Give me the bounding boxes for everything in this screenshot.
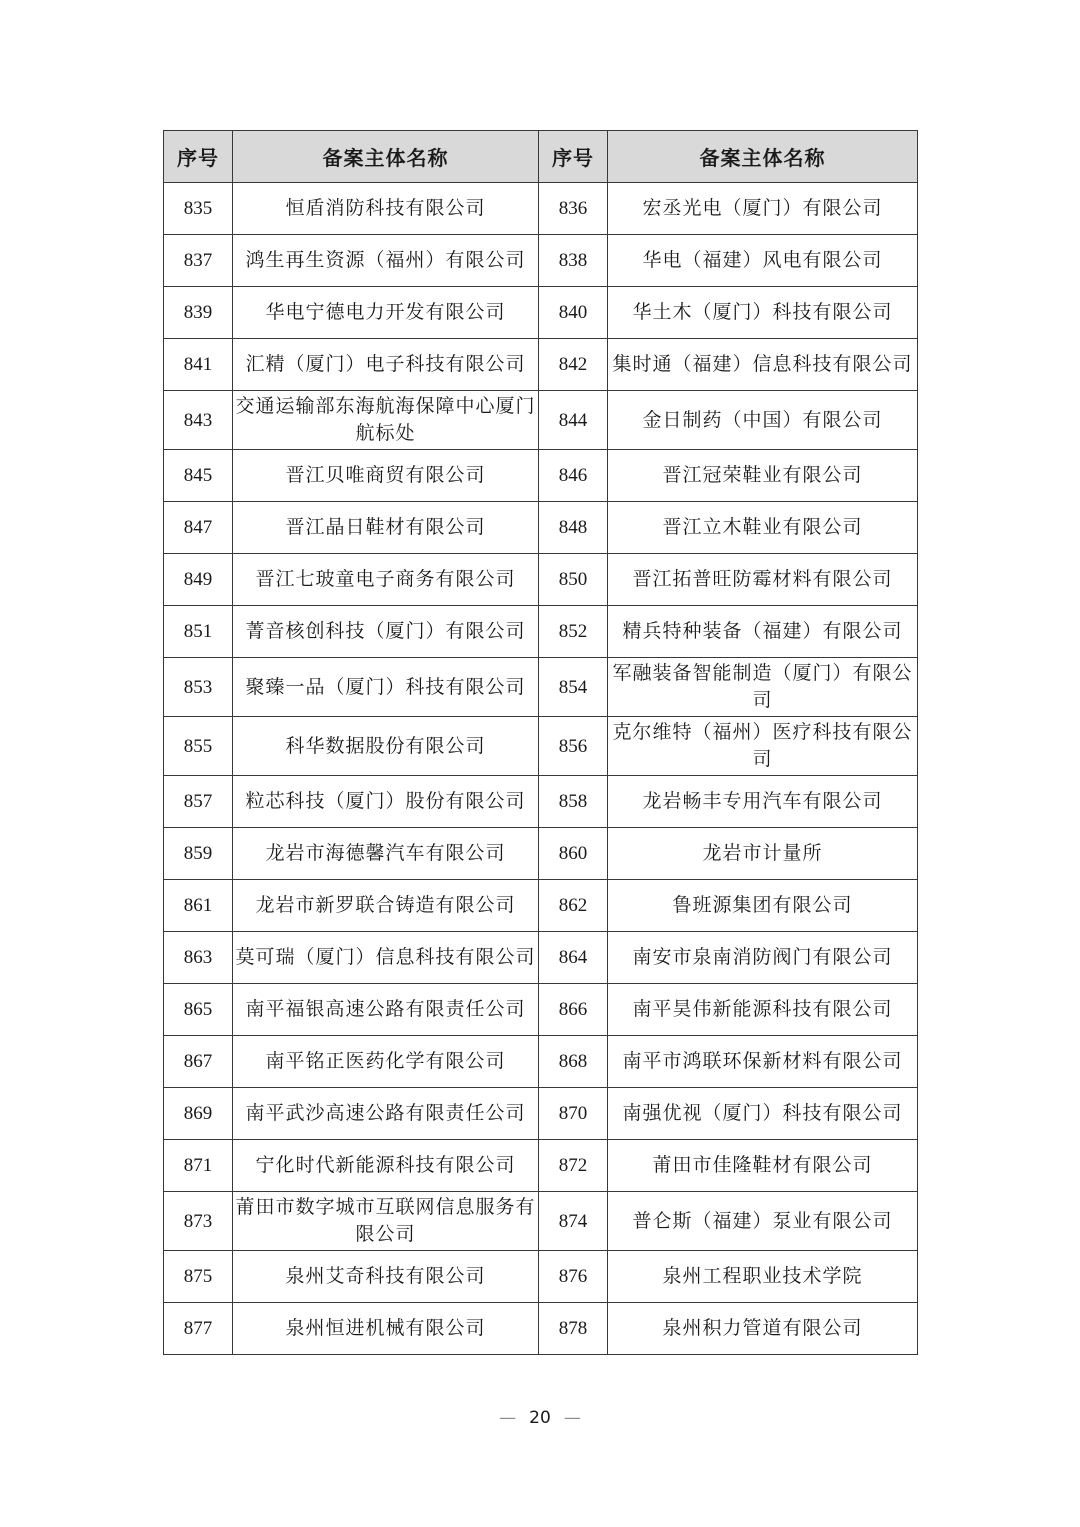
document-page: 序号 备案主体名称 序号 备案主体名称 835恒盾消防科技有限公司836宏丞光电… <box>0 0 1080 1527</box>
serial-cell: 840 <box>539 287 608 339</box>
table-row: 855科华数据股份有限公司856克尔维特（福州）医疗科技有限公司 <box>164 717 918 776</box>
entity-name-cell: 泉州工程职业技术学院 <box>608 1251 918 1303</box>
entity-name-cell: 晋江晶日鞋材有限公司 <box>233 502 539 554</box>
serial-cell: 856 <box>539 717 608 776</box>
serial-cell: 836 <box>539 183 608 235</box>
header-serial-right: 序号 <box>539 131 608 183</box>
entity-name-cell: 泉州艾奇科技有限公司 <box>233 1251 539 1303</box>
entity-name-cell: 莆田市数字城市互联网信息服务有限公司 <box>233 1192 539 1251</box>
entity-name-cell: 南平昊伟新能源科技有限公司 <box>608 984 918 1036</box>
table-row: 845晋江贝唯商贸有限公司846晋江冠荣鞋业有限公司 <box>164 450 918 502</box>
serial-cell: 878 <box>539 1303 608 1355</box>
entity-name-cell: 晋江冠荣鞋业有限公司 <box>608 450 918 502</box>
table-row: 857粒芯科技（厦门）股份有限公司858龙岩畅丰专用汽车有限公司 <box>164 776 918 828</box>
serial-cell: 853 <box>164 658 233 717</box>
entity-name-cell: 泉州恒进机械有限公司 <box>233 1303 539 1355</box>
page-footer: —20— <box>0 1408 1080 1428</box>
table-row: 861龙岩市新罗联合铸造有限公司862鲁班源集团有限公司 <box>164 880 918 932</box>
entity-name-cell: 南平市鸿联环保新材料有限公司 <box>608 1036 918 1088</box>
table-row: 839华电宁德电力开发有限公司840华土木（厦门）科技有限公司 <box>164 287 918 339</box>
entity-name-cell: 泉州积力管道有限公司 <box>608 1303 918 1355</box>
entity-name-cell: 龙岩市新罗联合铸造有限公司 <box>233 880 539 932</box>
table-row: 871宁化时代新能源科技有限公司872莆田市佳隆鞋材有限公司 <box>164 1140 918 1192</box>
serial-cell: 858 <box>539 776 608 828</box>
serial-cell: 838 <box>539 235 608 287</box>
entity-name-cell: 鸿生再生资源（福州）有限公司 <box>233 235 539 287</box>
serial-cell: 870 <box>539 1088 608 1140</box>
serial-cell: 862 <box>539 880 608 932</box>
entity-name-cell: 龙岩市海德馨汽车有限公司 <box>233 828 539 880</box>
serial-cell: 846 <box>539 450 608 502</box>
serial-cell: 848 <box>539 502 608 554</box>
entity-name-cell: 龙岩畅丰专用汽车有限公司 <box>608 776 918 828</box>
serial-cell: 851 <box>164 606 233 658</box>
serial-cell: 869 <box>164 1088 233 1140</box>
entity-name-cell: 聚臻一品（厦门）科技有限公司 <box>233 658 539 717</box>
table-row: 877泉州恒进机械有限公司878泉州积力管道有限公司 <box>164 1303 918 1355</box>
table-row: 875泉州艾奇科技有限公司876泉州工程职业技术学院 <box>164 1251 918 1303</box>
serial-cell: 871 <box>164 1140 233 1192</box>
table-row: 873莆田市数字城市互联网信息服务有限公司874普仑斯（福建）泵业有限公司 <box>164 1192 918 1251</box>
entity-name-cell: 克尔维特（福州）医疗科技有限公司 <box>608 717 918 776</box>
entity-name-cell: 粒芯科技（厦门）股份有限公司 <box>233 776 539 828</box>
serial-cell: 849 <box>164 554 233 606</box>
entity-name-cell: 莫可瑞（厦门）信息科技有限公司 <box>233 932 539 984</box>
serial-cell: 850 <box>539 554 608 606</box>
entity-name-cell: 南平武沙高速公路有限责任公司 <box>233 1088 539 1140</box>
table-body: 835恒盾消防科技有限公司836宏丞光电（厦门）有限公司837鸿生再生资源（福州… <box>164 183 918 1355</box>
serial-cell: 864 <box>539 932 608 984</box>
entity-name-cell: 集时通（福建）信息科技有限公司 <box>608 339 918 391</box>
entity-name-cell: 汇精（厦门）电子科技有限公司 <box>233 339 539 391</box>
serial-cell: 844 <box>539 391 608 450</box>
serial-cell: 847 <box>164 502 233 554</box>
entity-name-cell: 金日制药（中国）有限公司 <box>608 391 918 450</box>
table-row: 863莫可瑞（厦门）信息科技有限公司864南安市泉南消防阀门有限公司 <box>164 932 918 984</box>
table-row: 867南平铭正医药化学有限公司868南平市鸿联环保新材料有限公司 <box>164 1036 918 1088</box>
serial-cell: 877 <box>164 1303 233 1355</box>
serial-cell: 860 <box>539 828 608 880</box>
serial-cell: 841 <box>164 339 233 391</box>
entity-name-cell: 科华数据股份有限公司 <box>233 717 539 776</box>
table-row: 847晋江晶日鞋材有限公司848晋江立木鞋业有限公司 <box>164 502 918 554</box>
footer-dash-right: — <box>564 1408 581 1428</box>
entity-name-cell: 晋江拓普旺防霉材料有限公司 <box>608 554 918 606</box>
entity-name-cell: 交通运输部东海航海保障中心厦门航标处 <box>233 391 539 450</box>
entity-name-cell: 南平福银高速公路有限责任公司 <box>233 984 539 1036</box>
serial-cell: 835 <box>164 183 233 235</box>
entity-name-cell: 晋江七玻童电子商务有限公司 <box>233 554 539 606</box>
table-row: 849晋江七玻童电子商务有限公司850晋江拓普旺防霉材料有限公司 <box>164 554 918 606</box>
entity-name-cell: 宏丞光电（厦门）有限公司 <box>608 183 918 235</box>
header-entity-name-right: 备案主体名称 <box>608 131 918 183</box>
entity-name-cell: 华电宁德电力开发有限公司 <box>233 287 539 339</box>
entity-name-cell: 宁化时代新能源科技有限公司 <box>233 1140 539 1192</box>
serial-cell: 873 <box>164 1192 233 1251</box>
filing-entities-table: 序号 备案主体名称 序号 备案主体名称 835恒盾消防科技有限公司836宏丞光电… <box>163 130 918 1355</box>
serial-cell: 861 <box>164 880 233 932</box>
serial-cell: 865 <box>164 984 233 1036</box>
serial-cell: 867 <box>164 1036 233 1088</box>
entity-name-cell: 龙岩市计量所 <box>608 828 918 880</box>
serial-cell: 876 <box>539 1251 608 1303</box>
entity-name-cell: 精兵特种装备（福建）有限公司 <box>608 606 918 658</box>
table-row: 851菁音核创科技（厦门）有限公司852精兵特种装备（福建）有限公司 <box>164 606 918 658</box>
entity-name-cell: 鲁班源集团有限公司 <box>608 880 918 932</box>
table-row: 869南平武沙高速公路有限责任公司870南强优视（厦门）科技有限公司 <box>164 1088 918 1140</box>
table-header-row: 序号 备案主体名称 序号 备案主体名称 <box>164 131 918 183</box>
table-row: 835恒盾消防科技有限公司836宏丞光电（厦门）有限公司 <box>164 183 918 235</box>
serial-cell: 866 <box>539 984 608 1036</box>
header-entity-name-left: 备案主体名称 <box>233 131 539 183</box>
serial-cell: 874 <box>539 1192 608 1251</box>
entity-name-cell: 晋江贝唯商贸有限公司 <box>233 450 539 502</box>
serial-cell: 875 <box>164 1251 233 1303</box>
entity-name-cell: 南强优视（厦门）科技有限公司 <box>608 1088 918 1140</box>
entity-name-cell: 莆田市佳隆鞋材有限公司 <box>608 1140 918 1192</box>
page-number: 20 <box>529 1408 551 1428</box>
entity-name-cell: 华电（福建）风电有限公司 <box>608 235 918 287</box>
entity-name-cell: 晋江立木鞋业有限公司 <box>608 502 918 554</box>
entity-name-cell: 普仑斯（福建）泵业有限公司 <box>608 1192 918 1251</box>
serial-cell: 855 <box>164 717 233 776</box>
serial-cell: 852 <box>539 606 608 658</box>
serial-cell: 863 <box>164 932 233 984</box>
entity-name-cell: 恒盾消防科技有限公司 <box>233 183 539 235</box>
serial-cell: 839 <box>164 287 233 339</box>
serial-cell: 854 <box>539 658 608 717</box>
entity-name-cell: 华土木（厦门）科技有限公司 <box>608 287 918 339</box>
serial-cell: 872 <box>539 1140 608 1192</box>
serial-cell: 843 <box>164 391 233 450</box>
serial-cell: 837 <box>164 235 233 287</box>
table-row: 853聚臻一品（厦门）科技有限公司854军融装备智能制造（厦门）有限公司 <box>164 658 918 717</box>
serial-cell: 845 <box>164 450 233 502</box>
table-row: 837鸿生再生资源（福州）有限公司838华电（福建）风电有限公司 <box>164 235 918 287</box>
footer-dash-left: — <box>499 1408 516 1428</box>
serial-cell: 859 <box>164 828 233 880</box>
serial-cell: 868 <box>539 1036 608 1088</box>
serial-cell: 842 <box>539 339 608 391</box>
table-row: 843交通运输部东海航海保障中心厦门航标处844金日制药（中国）有限公司 <box>164 391 918 450</box>
table-row: 865南平福银高速公路有限责任公司866南平昊伟新能源科技有限公司 <box>164 984 918 1036</box>
table-row: 841汇精（厦门）电子科技有限公司842集时通（福建）信息科技有限公司 <box>164 339 918 391</box>
entity-name-cell: 军融装备智能制造（厦门）有限公司 <box>608 658 918 717</box>
entity-name-cell: 菁音核创科技（厦门）有限公司 <box>233 606 539 658</box>
header-serial-left: 序号 <box>164 131 233 183</box>
table-row: 859龙岩市海德馨汽车有限公司860龙岩市计量所 <box>164 828 918 880</box>
serial-cell: 857 <box>164 776 233 828</box>
entity-name-cell: 南平铭正医药化学有限公司 <box>233 1036 539 1088</box>
entity-name-cell: 南安市泉南消防阀门有限公司 <box>608 932 918 984</box>
